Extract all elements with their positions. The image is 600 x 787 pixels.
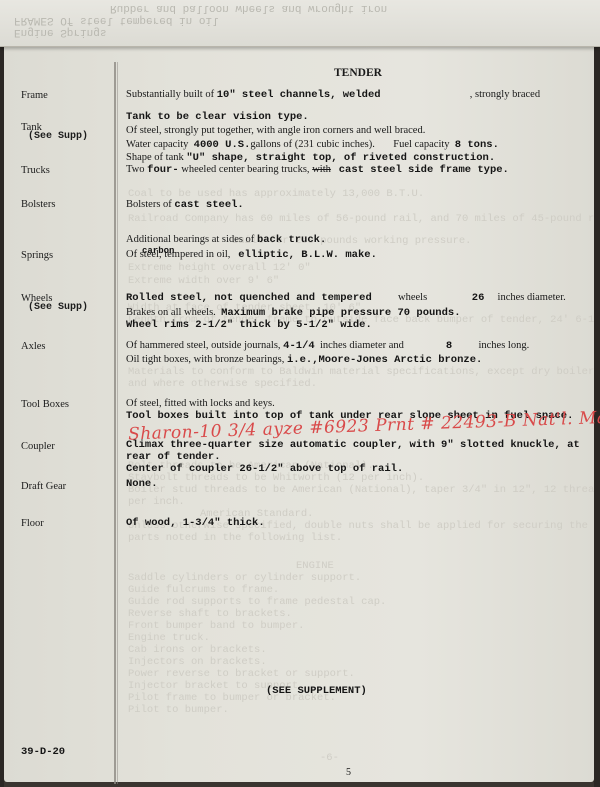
typed-value: elliptic, B.L.W. make. — [238, 249, 377, 261]
typed-value: 26 — [472, 292, 485, 304]
spec-line: Water capacity 4000 U.S.gallons of (231 … — [126, 139, 499, 151]
spec-line: Of steel, fitted with locks and keys. — [126, 398, 275, 409]
bleed-through-line: and where otherwise specified. — [128, 378, 317, 390]
bleed-through-line: parts noted in the following list. — [128, 532, 342, 544]
printed-text: gallons of (231 cubic inches). Fuel capa… — [250, 139, 454, 150]
typed-value: 8 tons. — [455, 139, 499, 151]
label-text: Axles — [21, 341, 46, 352]
page-edge-left — [0, 46, 4, 787]
printed-text: inches diameter. — [484, 292, 565, 303]
printed-text: Oil tight boxes, with bronze bearings, — [126, 354, 287, 365]
spec-line: Center of coupler 26-1/2" above top of r… — [126, 463, 403, 475]
field-label-tool-boxes: Tool Boxes — [21, 399, 69, 410]
typed-value: Tank to be clear vision type. — [126, 111, 309, 123]
fold-ghost-text: Rubber and balloon wheels and wrought ir… — [110, 2, 387, 14]
printed-text: Of steel, fitted with locks and keys. — [126, 398, 275, 409]
spec-line: Additional bearings at sides of back tru… — [126, 234, 326, 246]
field-label-coupler: Coupler — [21, 441, 55, 452]
see-supp-note: (See Supp) — [21, 131, 88, 142]
spec-line: Shape of tank "U" shape, straight top, o… — [126, 152, 495, 164]
printed-text: wheeled center bearing trucks, — [179, 164, 313, 175]
label-text: Floor — [21, 518, 44, 529]
bleed-through-line: Injectors on brackets. — [128, 656, 267, 668]
field-label-floor: Floor — [21, 518, 44, 529]
typed-value: "U" shape, straight top, of riveted cons… — [186, 152, 495, 164]
spec-line: Rolled steel, not quenched and tempered … — [126, 292, 566, 304]
bleed-through-line: ENGINE — [296, 560, 334, 572]
printed-text: Shape of tank — [126, 152, 186, 163]
page-number: 5 — [346, 767, 351, 778]
spec-line: rear of tender. — [126, 451, 221, 463]
typed-value: cast steel. — [174, 199, 243, 211]
typed-value: Maximum brake pipe pressure 70 pounds. — [221, 307, 460, 319]
printed-text: inches long. — [452, 340, 529, 351]
spec-line: Wheel rims 2-1/2" thick by 5-1/2" wide. — [126, 319, 372, 331]
bleed-through-line: Guide rod supports to frame pedestal cap… — [128, 596, 386, 608]
printed-text: Water capacity — [126, 139, 194, 150]
bleed-through-line: Extreme height overall 12' 0" — [128, 262, 311, 274]
bleed-through-line: Boiler stud threads to be American (Nati… — [128, 484, 600, 496]
field-label-draft-gear: Draft Gear — [21, 481, 66, 492]
label-text: Frame — [21, 90, 48, 101]
printed-text: with — [312, 164, 331, 175]
column-divider — [117, 62, 118, 784]
printed-text — [331, 164, 339, 175]
inserted-word: carbon — [142, 246, 174, 256]
label-text: Bolsters — [21, 199, 55, 210]
field-label-springs: Springs — [21, 250, 53, 261]
spec-line: None. — [126, 478, 158, 490]
bleed-through-line: Materials to conform to Baldwin material… — [128, 366, 600, 378]
printed-text: Two — [126, 164, 147, 175]
typed-value: rear of tender. — [126, 451, 221, 463]
bleed-through-line: -6- — [320, 752, 339, 764]
label-text: Tool Boxes — [21, 399, 69, 410]
label-text: Draft Gear — [21, 481, 66, 492]
spec-line: Oil tight boxes, with bronze bearings, i… — [126, 354, 482, 366]
printed-text: Substantially built of — [126, 89, 217, 100]
field-label-tank: Tank(See Supp) — [21, 122, 88, 142]
printed-text: Bolsters of — [126, 199, 174, 210]
field-label-frame: Frame — [21, 90, 48, 101]
label-text: Trucks — [21, 165, 50, 176]
printed-text: Of steel, strongly put together, with an… — [126, 125, 425, 136]
bleed-through-line: Guide fulcrums to frame. — [128, 584, 279, 596]
typed-value: four- — [147, 164, 179, 176]
field-label-bolsters: Bolsters — [21, 199, 55, 210]
printed-text: Of hammered steel, outside journals, — [126, 340, 283, 351]
label-text: Springs — [21, 250, 53, 261]
bleed-through-line: per inch. — [128, 496, 185, 508]
printed-text: wheels — [372, 292, 472, 303]
bleed-through-line: Power reverse to bracket or support. — [128, 668, 355, 680]
bleed-through-line: Extreme width over 9' 6" — [128, 275, 279, 287]
bleed-through-line: Engine truck. — [128, 632, 210, 644]
column-divider — [114, 62, 116, 784]
printed-text: Brakes on all wheels. — [126, 307, 221, 318]
typed-value: Wheel rims 2-1/2" thick by 5-1/2" wide. — [126, 319, 372, 331]
spec-line: Substantially built of 10" steel channel… — [126, 89, 540, 101]
bleed-through-line: Reverse shaft to brackets. — [128, 608, 292, 620]
bleed-through-line: Front bumper band to bumper. — [128, 620, 304, 632]
see-supp-note: (See Supp) — [21, 302, 88, 313]
field-label-wheels: Wheels(See Supp) — [21, 293, 88, 313]
printed-text: , strongly braced — [381, 89, 541, 100]
typed-value: 4000 U.S. — [194, 139, 251, 151]
bleed-through-line: Cab irons or brackets. — [128, 644, 267, 656]
typed-value: Of wood, 1-3/4" thick. — [126, 517, 265, 529]
bleed-through-line: Railroad Company has 60 miles of 56-poun… — [128, 213, 600, 225]
typed-value: Rolled steel, not quenched and tempered — [126, 292, 372, 304]
field-label-trucks: Trucks — [21, 165, 50, 176]
fold-ghost-text: FRAMES Of steel tempered in oil — [14, 14, 219, 26]
typed-value: Center of coupler 26-1/2" above top of r… — [126, 463, 403, 475]
see-supplement-note: (SEE SUPPLEMENT) — [266, 685, 367, 697]
folded-previous-page: Rubber and balloon wheels and wrought ir… — [0, 0, 600, 47]
typed-value: i.e.,Moore-Jones Arctic bronze. — [287, 354, 482, 366]
typed-value: None. — [126, 478, 158, 490]
spec-line: Two four- wheeled center bearing trucks,… — [126, 164, 509, 176]
printed-text: inches diameter and — [315, 340, 446, 351]
spec-line: Brakes on all wheels. Maximum brake pipe… — [126, 307, 461, 319]
typed-value: 10" steel channels, welded — [217, 89, 381, 101]
spec-line: Of hammered steel, outside journals, 4-1… — [126, 340, 529, 352]
typed-value: back truck. — [257, 234, 326, 246]
fold-ghost-text: Engine Springs — [14, 26, 106, 38]
typed-value: cast steel side frame type. — [339, 164, 509, 176]
typed-value: 4-1/4 — [283, 340, 315, 352]
label-text: Coupler — [21, 441, 55, 452]
spec-line: Tank to be clear vision type. — [126, 111, 309, 123]
bleed-through-line: Saddle cylinders or cylinder support. — [128, 572, 361, 584]
section-title: TENDER — [334, 67, 382, 79]
bleed-through-line: Pilot to bumper. — [128, 704, 229, 716]
spec-line: Of wood, 1-3/4" thick. — [126, 517, 265, 529]
field-label-axles: Axles — [21, 341, 46, 352]
spec-line: Bolsters of cast steel. — [126, 199, 244, 211]
document-code: 39-D-20 — [21, 746, 65, 758]
spec-line: Of steel, strongly put together, with an… — [126, 125, 425, 136]
printed-text: Additional bearings at sides of — [126, 234, 257, 245]
